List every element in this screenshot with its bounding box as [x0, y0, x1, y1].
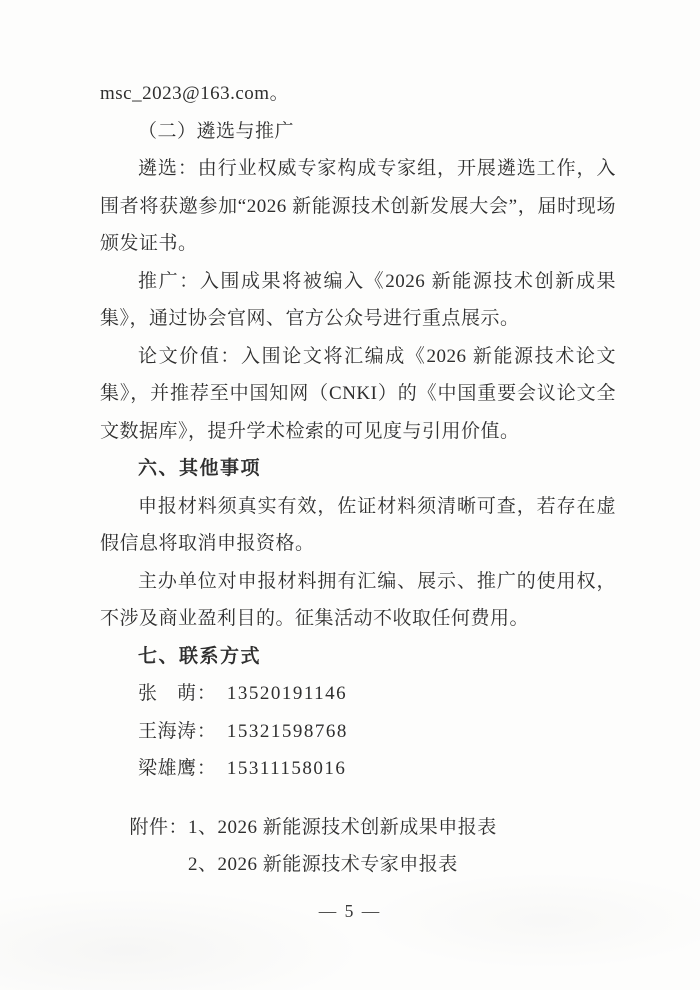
contact-name: 张 萌 — [138, 675, 197, 713]
section-heading-contact: 七、联系方式 — [100, 638, 616, 676]
email-continuation-line: msc_2023@163.com。 — [100, 75, 616, 113]
paragraph-authenticity: 申报材料须真实有效，佐证材料须清晰可查，若存在虚假信息将取消申报资格。 — [100, 488, 616, 563]
attachment-item-2: 2、2026 新能源技术专家申报表 — [188, 846, 616, 884]
paragraph-paper-value: 论文价值：入围论文将汇编成《2026 新能源技术论文集》，并推荐至中国知网（CN… — [100, 338, 616, 451]
contact-phone: 15311158016 — [227, 758, 347, 779]
attachments-block: 附件： 1、2026 新能源技术创新成果申报表 2、2026 新能源技术专家申报… — [100, 809, 616, 884]
contact-colon: ： — [197, 721, 217, 742]
section-heading-other-matters: 六、其他事项 — [100, 450, 616, 488]
contact-phone: 15321598768 — [227, 721, 348, 742]
page-number: — 5 — — [0, 901, 700, 922]
contact-row-liang-xiongying: 梁雄鹰：15311158016 — [100, 750, 616, 788]
contact-phone: 13520191146 — [227, 683, 347, 704]
document-body: msc_2023@163.com。 （二）遴选与推广 遴选：由行业权威专家构成专… — [100, 75, 616, 884]
contact-name: 梁雄鹰 — [138, 750, 197, 788]
paragraph-selection: 遴选：由行业权威专家构成专家组，开展遴选工作，入围者将获邀参加“2026 新能源… — [100, 150, 616, 263]
contact-name: 王海涛 — [138, 713, 197, 751]
attachments-list: 1、2026 新能源技术创新成果申报表 2、2026 新能源技术专家申报表 — [188, 809, 616, 884]
attachment-item-1: 1、2026 新能源技术创新成果申报表 — [188, 809, 616, 847]
contact-row-wang-haitao: 王海涛：15321598768 — [100, 713, 616, 751]
paragraph-promotion: 推广：入围成果将被编入《2026 新能源技术创新成果集》，通过协会官网、官方公众… — [100, 263, 616, 338]
attachments-label: 附件： — [129, 809, 188, 847]
contact-colon: ： — [197, 683, 217, 704]
contact-colon: ： — [197, 758, 217, 779]
paragraph-usage-rights: 主办单位对申报材料拥有汇编、展示、推广的使用权，不涉及商业盈利目的。征集活动不收… — [100, 563, 616, 638]
scanned-document-page: msc_2023@163.com。 （二）遴选与推广 遴选：由行业权威专家构成专… — [0, 0, 700, 990]
contact-row-zhang-meng: 张 萌：13520191146 — [100, 675, 616, 713]
section-heading-selection-promotion: （二）遴选与推广 — [100, 113, 616, 151]
